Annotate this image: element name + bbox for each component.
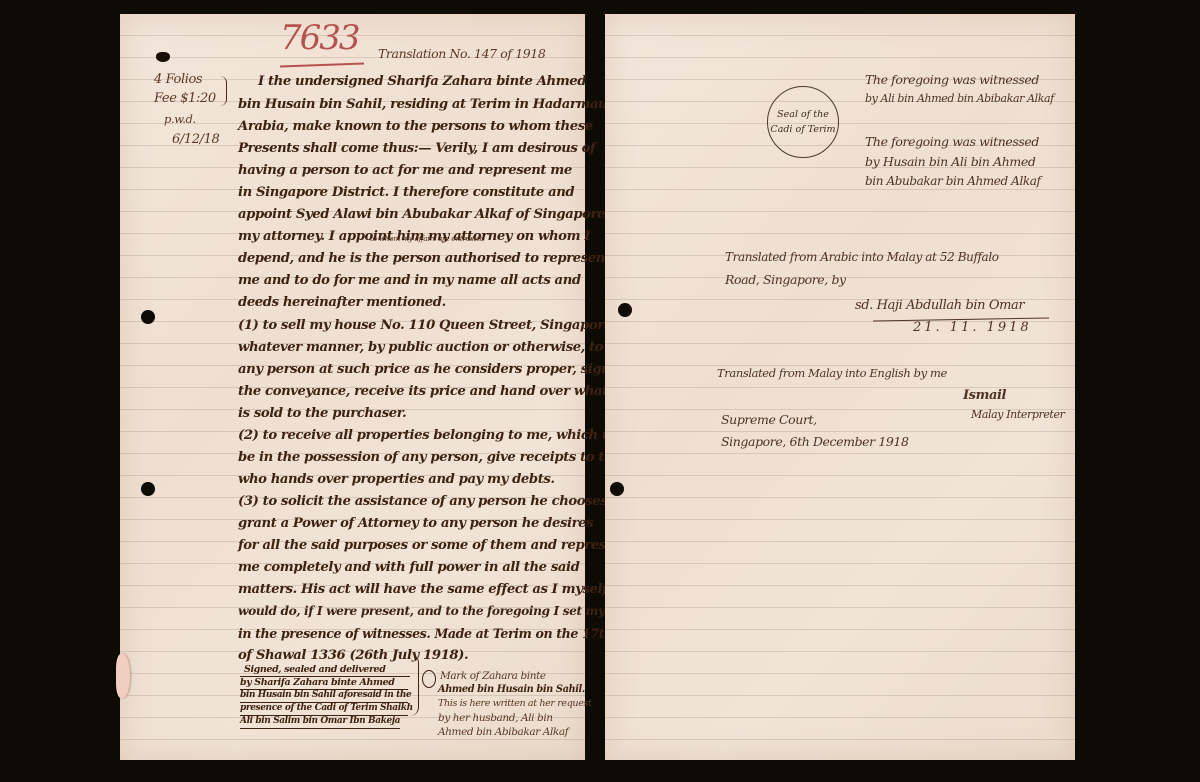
interpreter-title: Malay Interpreter: [971, 408, 1064, 421]
court-place-date: Singapore, 6th December 1918: [721, 434, 909, 449]
body-line: me and to do for me and in my name all a…: [238, 273, 581, 288]
document-page-right: Seal of the Cadi of Terim The foregoing …: [605, 14, 1075, 760]
body-line: in Singapore District. I therefore const…: [238, 185, 574, 200]
mark-note-line: Ahmed bin Abibakar Alkaf: [438, 726, 568, 738]
signature-underline: [240, 715, 408, 716]
arabic-translation-line: Road, Singapore, by: [725, 272, 846, 287]
signature-line: Signed, sealed and delivered: [244, 664, 385, 675]
mark-note-line: Mark of Zahara binte: [440, 670, 546, 682]
red-underline: [280, 63, 364, 68]
body-line: depend, and he is the person authorised …: [238, 251, 611, 266]
signature-brace: [410, 654, 419, 716]
body-line: having a person to act for me and repres…: [238, 163, 572, 178]
body-line: who hands over properties and pay my deb…: [238, 472, 555, 487]
punch-hole: [141, 482, 155, 496]
body-line: (3) to solicit the assistance of any per…: [238, 494, 611, 509]
body-line: for all the said purposes or some of the…: [238, 538, 629, 553]
body-line: bin Husain bin Sahil, residing at Terim …: [238, 97, 617, 112]
body-line: Presents shall come thus:— Verily, I am …: [238, 141, 595, 156]
witness-2-line: by Husain bin Ali bin Ahmed: [865, 154, 1035, 169]
signature-underline: [240, 689, 408, 690]
arabic-translation-line: Translated from Arabic into Malay at 52 …: [725, 250, 999, 264]
translation-heading: Translation No. 147 of 1918: [378, 46, 545, 61]
mark-note-line: Ahmed bin Husain bin Sahil.: [438, 684, 585, 695]
punch-hole: [618, 303, 632, 317]
body-line: grant a Power of Attorney to any person …: [238, 516, 593, 531]
signature-line: bin Husain bin Sahil aforesaid in the: [240, 690, 411, 700]
mark-note-line: by her husband, Ali bin: [438, 712, 553, 724]
document-page-left: 7633 Translation No. 147 of 1918 4 Folio…: [120, 14, 585, 760]
red-registry-number: 7633: [280, 18, 359, 58]
body-line: any person at such price as he considers…: [238, 362, 610, 377]
margin-fee: Fee $1:20: [154, 91, 216, 106]
body-line: the conveyance, receive its price and ha…: [238, 384, 608, 399]
body-line: be in the possession of any person, give…: [238, 450, 637, 465]
signature-line: by Sharifa Zahara binte Ahmed: [240, 677, 395, 688]
signature-underline: [240, 702, 408, 703]
margin-date: 6/12/18: [172, 132, 219, 147]
body-line: deeds hereinafter mentioned.: [238, 295, 446, 310]
arabic-translation-date: 21. 11. 1918: [913, 320, 1032, 335]
body-line: in the presence of witnesses. Made at Te…: [238, 626, 640, 641]
body-line: Arabia, make known to the persons to who…: [238, 119, 593, 134]
punch-hole: [610, 482, 624, 496]
margin-initials: p.w.d.: [164, 112, 196, 126]
witness-2-line: bin Abubakar bin Ahmed Alkaf: [865, 174, 1041, 188]
english-translation-note: Translated from Malay into English by me: [717, 366, 947, 380]
signature-line: presence of the Cadi of Terim Shaikh: [240, 703, 413, 713]
body-line: appoint Syed Alawi bin Abubakar Alkaf of…: [238, 207, 605, 222]
signature-line: Ali bin Salim bin Omar Ibn Bakeja: [240, 716, 400, 726]
paper-tear: [116, 654, 130, 698]
body-line: (1) to sell my house No. 110 Queen Stree…: [238, 318, 634, 333]
body-line: my attorney. I appoint him my attorney o…: [238, 229, 590, 244]
body-line: would do, if I were present, and to the …: [238, 604, 641, 618]
cadi-seal: Seal of the Cadi of Terim: [767, 86, 839, 158]
body-line: is sold to the purchaser.: [238, 406, 406, 421]
arabic-translator-signature: sd. Haji Abdullah bin Omar: [855, 298, 1024, 313]
mark-note-line: This is here written at her request: [438, 698, 591, 709]
body-line: (2) to receive all properties belonging …: [238, 428, 631, 443]
court-name: Supreme Court,: [721, 412, 817, 427]
seal-text-line2: Cadi of Terim: [770, 122, 835, 137]
witness-2-line: The foregoing was witnessed: [865, 134, 1039, 149]
ink-blot: [156, 52, 170, 62]
witness-1-line: by Ali bin Ahmed bin Abibakar Alkaf: [865, 92, 1054, 105]
body-line: matters. His act will have the same effe…: [238, 582, 607, 597]
witness-1-line: The foregoing was witnessed: [865, 72, 1039, 87]
thumb-mark-circle: [422, 670, 436, 688]
body-line: whatever manner, by public auction or ot…: [238, 340, 603, 355]
body-line: I the undersigned Sharifa Zahara binte A…: [258, 74, 586, 89]
body-line: me completely and with full power in all…: [238, 560, 579, 575]
interpreter-signature: Ismail: [963, 388, 1006, 403]
punch-hole: [141, 310, 155, 324]
signature-underline: [240, 728, 400, 729]
seal-text-line1: Seal of the: [777, 107, 829, 122]
margin-bracket: [220, 76, 227, 106]
signature-underline: [240, 676, 410, 677]
body-line: of Shawal 1336 (26th July 1918).: [238, 648, 468, 663]
margin-folios: 4 Folios: [154, 72, 202, 87]
